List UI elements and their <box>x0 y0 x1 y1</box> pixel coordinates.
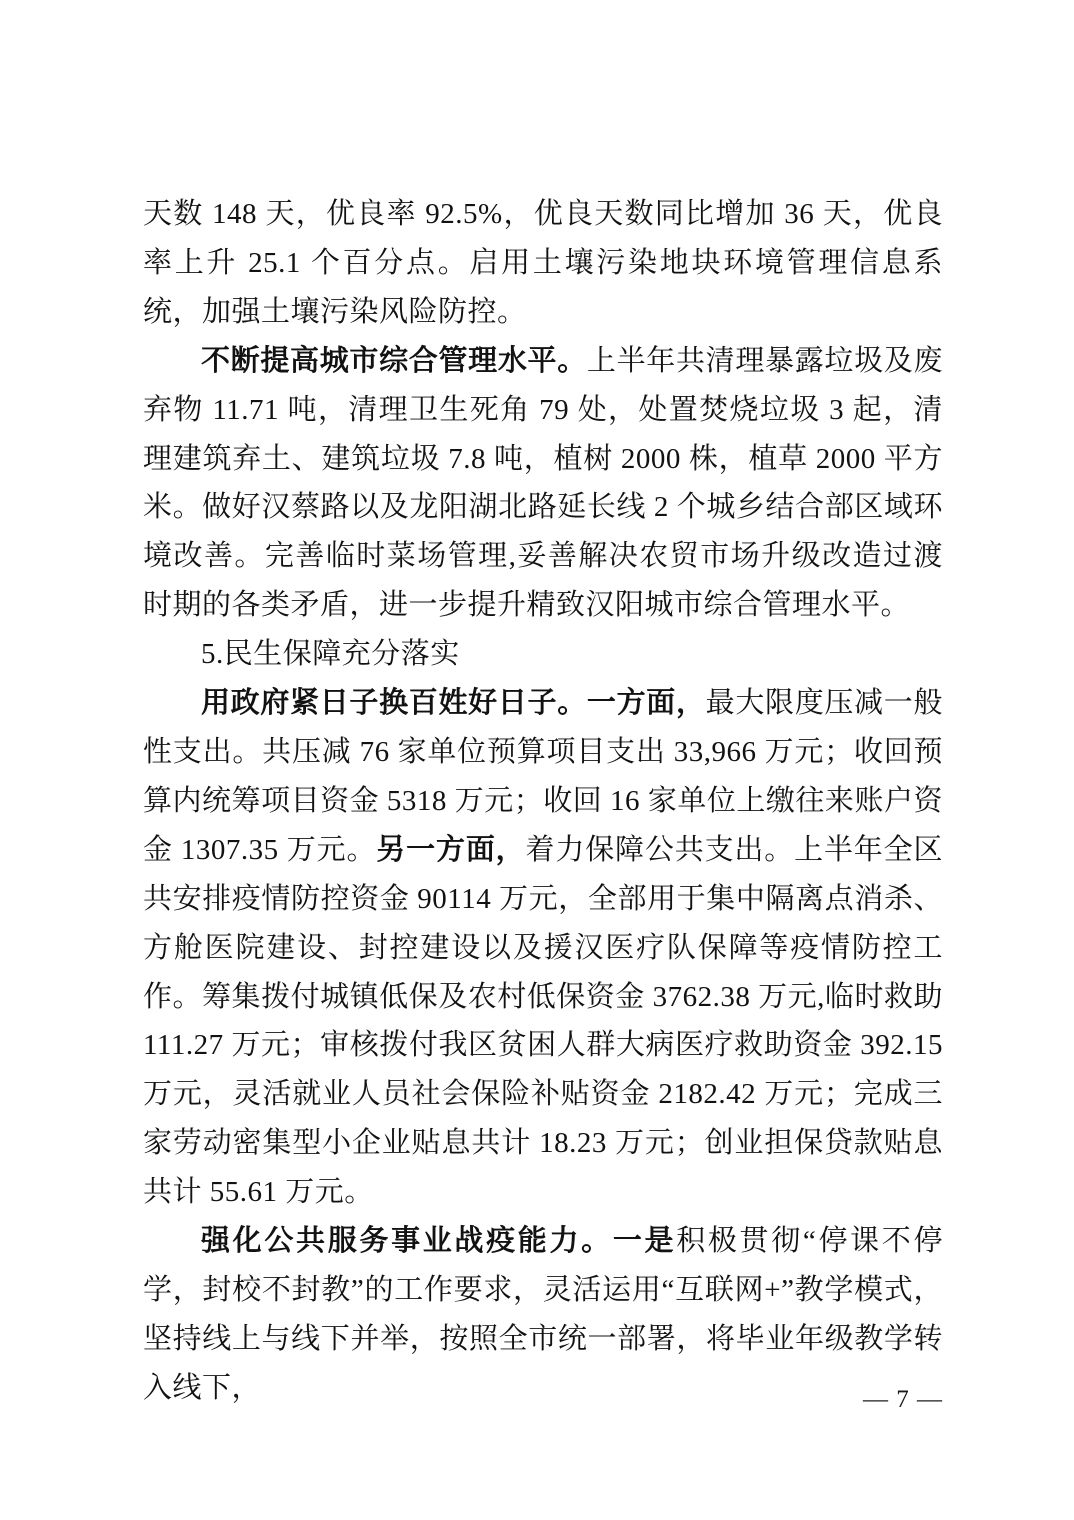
text-run: 天数 148 天，优良率 92.5%，优良天数同比增加 36 天，优良率上升 2… <box>143 198 943 328</box>
page-number-text: — 7 — <box>863 1386 943 1413</box>
paragraph: 用政府紧日子换百姓好日子。一方面，最大限度压减一般性支出。共压减 76 家单位预… <box>143 679 943 1217</box>
document-body: 天数 148 天，优良率 92.5%，优良天数同比增加 36 天，优良率上升 2… <box>143 190 943 1413</box>
bold-text-run: 强化公共服务事业战疫能力。一是 <box>201 1225 676 1257</box>
paragraph: 强化公共服务事业战疫能力。一是积极贯彻“停课不停学，封校不封教”的工作要求，灵活… <box>143 1217 943 1413</box>
text-run: 5.民生保障充分落实 <box>201 638 460 670</box>
text-run: 着力保障公共支出。上半年全区共安排疫情防控资金 90114 万元，全部用于集中隔… <box>143 834 943 1208</box>
bold-text-run: 另一方面， <box>376 834 525 866</box>
paragraph: 5.民生保障充分落实 <box>143 630 943 679</box>
paragraph: 天数 148 天，优良率 92.5%，优良天数同比增加 36 天，优良率上升 2… <box>143 190 943 337</box>
text-run: 上半年共清理暴露垃圾及废弃物 11.71 吨，清理卫生死角 79 处，处置焚烧垃… <box>143 345 943 622</box>
bold-text-run: 用政府紧日子换百姓好日子。一方面， <box>201 687 706 719</box>
bold-text-run: 不断提高城市综合管理水平。 <box>201 345 587 377</box>
page-number: — 7 — <box>848 1386 958 1414</box>
document-page: 天数 148 天，优良率 92.5%，优良天数同比增加 36 天，优良率上升 2… <box>0 0 1074 1520</box>
paragraph: 不断提高城市综合管理水平。上半年共清理暴露垃圾及废弃物 11.71 吨，清理卫生… <box>143 337 943 630</box>
